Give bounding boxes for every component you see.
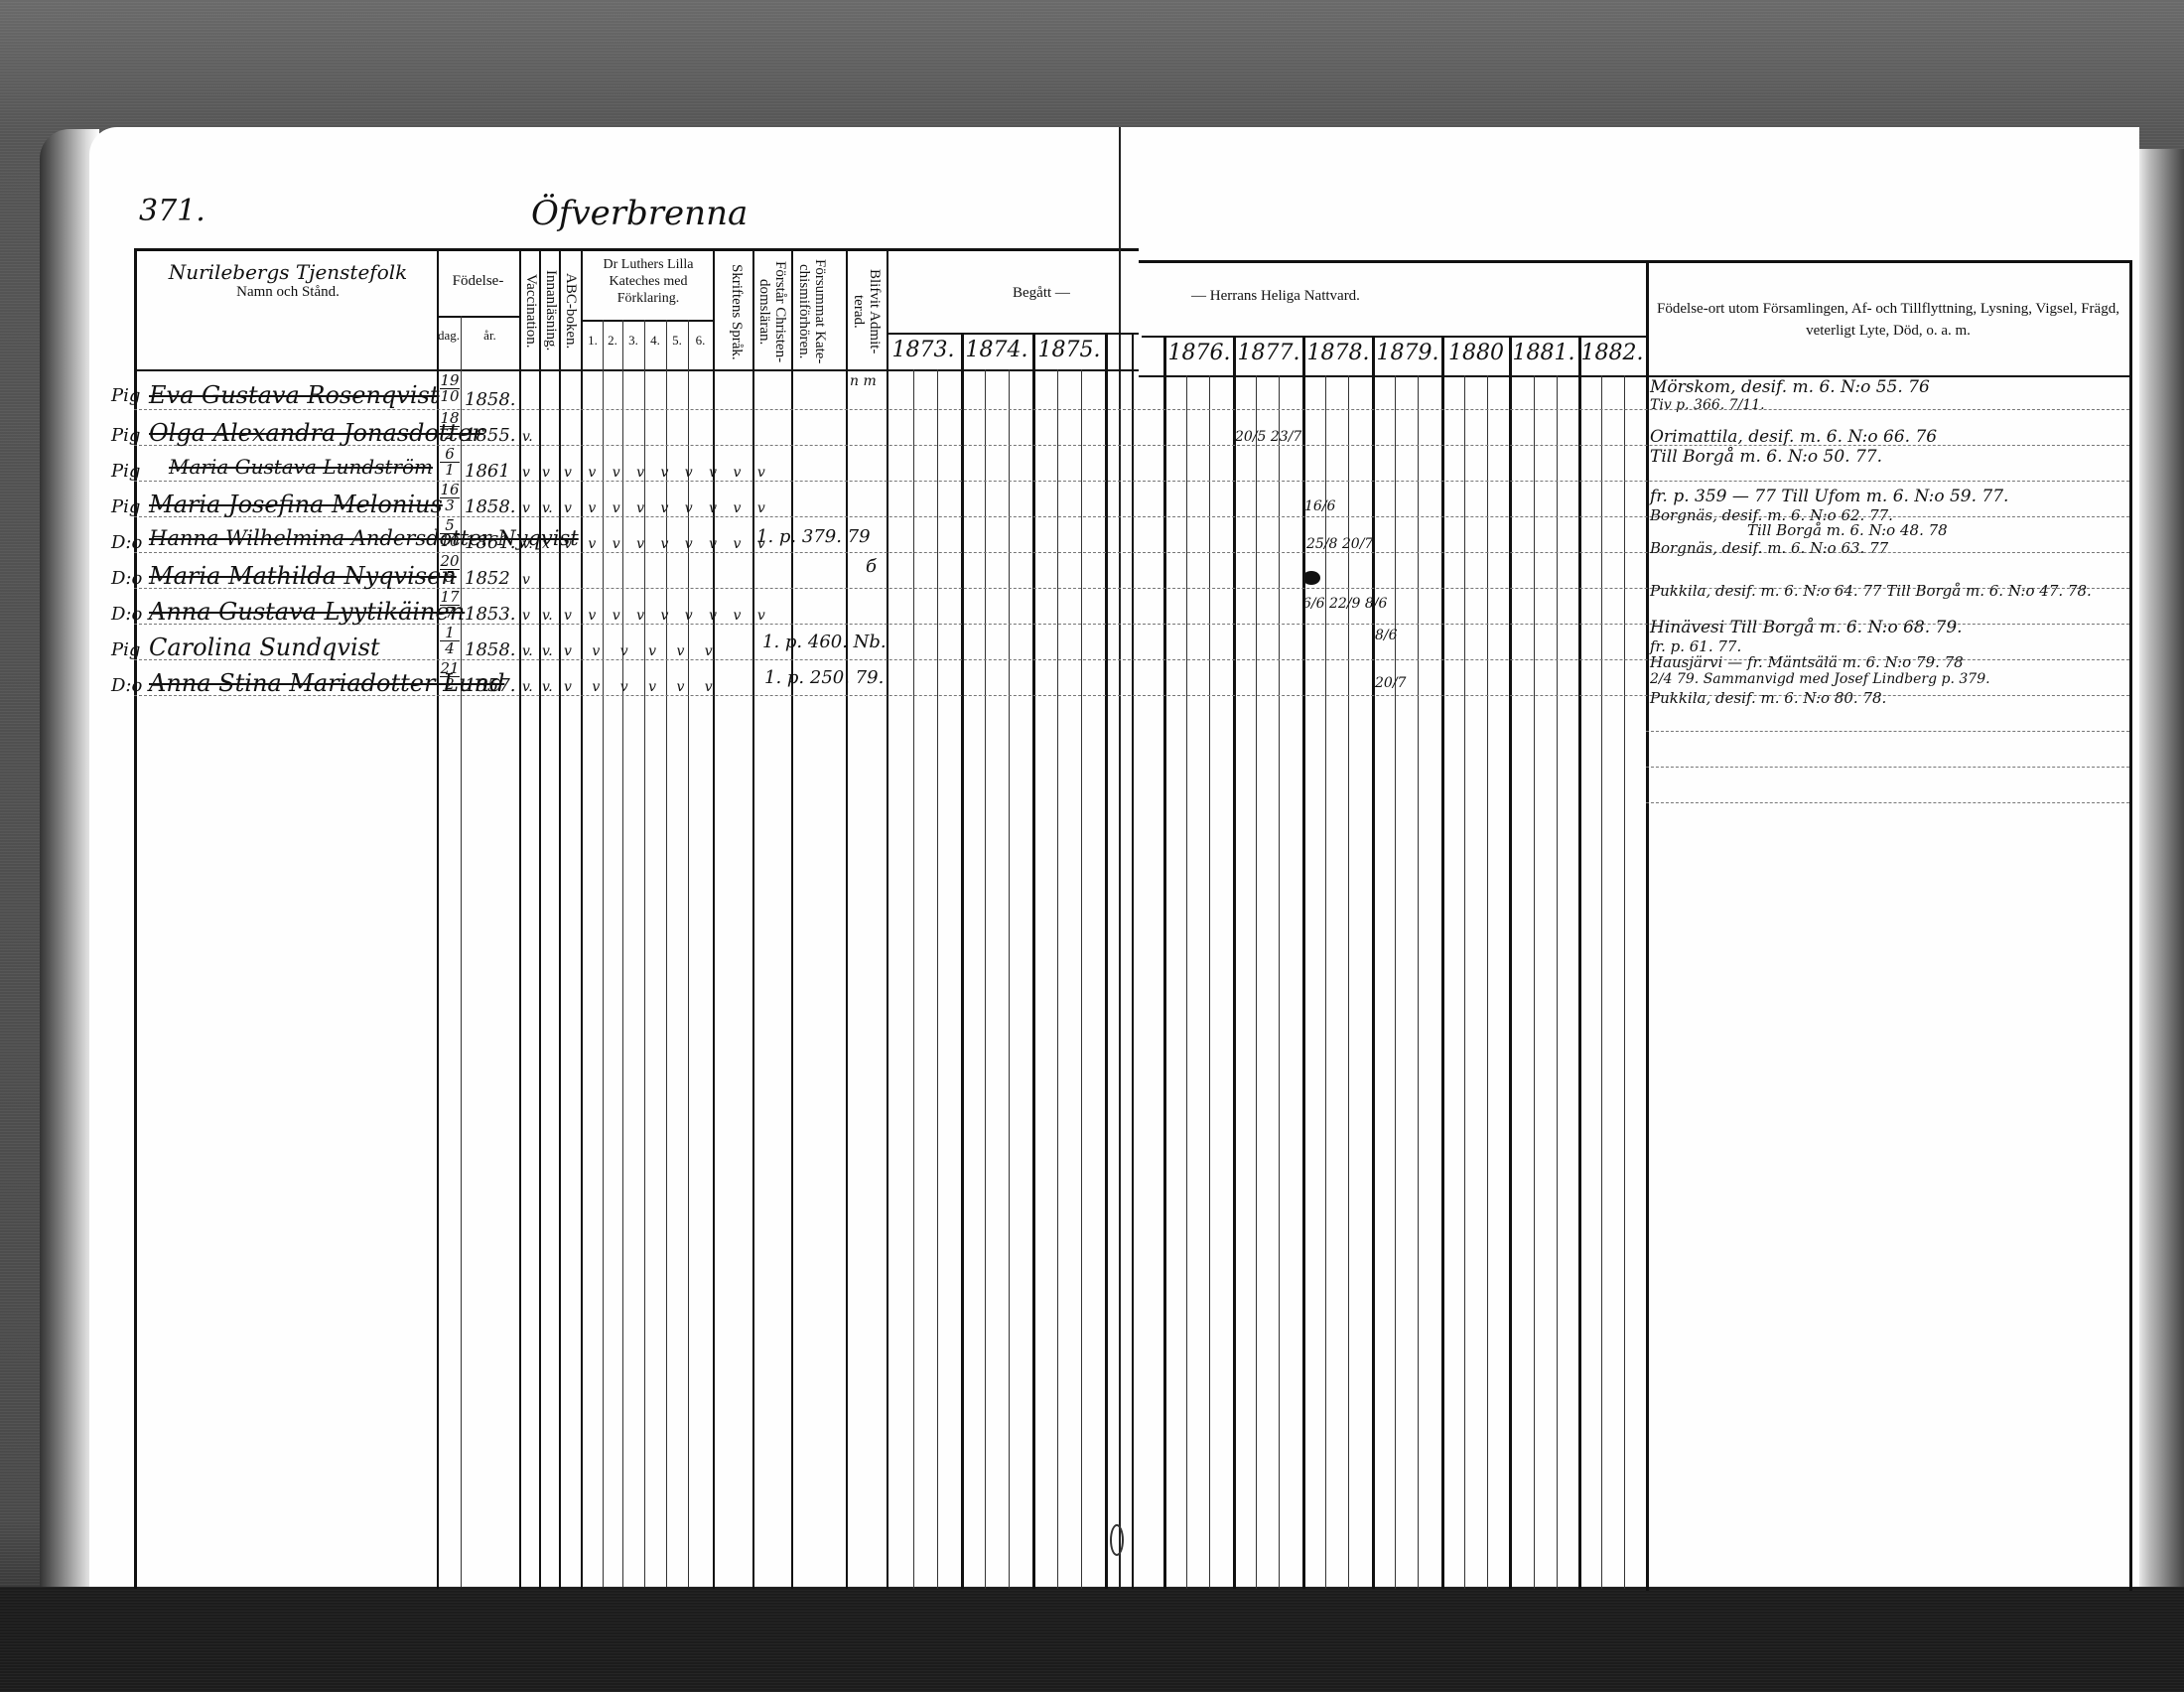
row-rule <box>1646 731 2129 732</box>
table-right-border <box>2129 260 2132 1591</box>
row-9-year: 1857. <box>465 675 516 696</box>
row-5-reading: x <box>542 536 550 552</box>
vaccination-header: Vaccination. <box>521 256 539 365</box>
luther-part-5: 5. <box>666 333 688 349</box>
row-rule <box>1646 802 2129 803</box>
row-4-prefix: Pig <box>111 496 140 517</box>
row-3-year: 1861 <box>465 461 510 482</box>
luther-part-1: 1. <box>583 333 603 349</box>
row-5-abc-note: 1. p. 379. 79 <box>756 526 871 547</box>
scripture-header: Skriftens Språk. <box>717 256 745 367</box>
row-4-month: 3 <box>445 496 455 514</box>
name-column-header: Nurilebergs Tjenstefolk Namn och Stånd. <box>139 260 437 301</box>
parish-heading: Öfverbrenna <box>531 194 748 233</box>
year-1876: 1876. <box>1165 341 1233 365</box>
row-2-remark-1: Orimattila, desif. m. 6. N:o 66. 76 <box>1650 427 1937 447</box>
row-6-prefix: D:o <box>111 568 142 589</box>
col-divider-remarks <box>1646 260 1649 1591</box>
row-8-month: 4 <box>445 639 455 657</box>
row-2-vaccination: v. <box>522 429 533 445</box>
row-1-prefix: Pig <box>111 385 140 406</box>
luther-subdivider <box>581 320 713 322</box>
row-5-month: 10 <box>440 532 459 550</box>
row-5-communion: 25/8 20/7 <box>1306 536 1373 552</box>
subcol-line <box>1601 375 1602 1589</box>
row-6-birth-daymonth: 205 <box>440 554 460 585</box>
subcol-line <box>1348 375 1349 1589</box>
row-8-vaccination: v. <box>522 643 533 659</box>
row-2-prefix: Pig <box>111 425 140 446</box>
row-5-year: 1861. <box>465 532 516 553</box>
row-7-prefix: D:o <box>111 604 142 625</box>
row-6-name: Maria Mathilda Nyqvisen <box>149 562 457 590</box>
col-divider-1873 <box>961 333 964 1589</box>
col-divider-luther <box>713 248 715 1589</box>
row-4-catechism-marks: v v v v v v v v v <box>564 500 771 516</box>
subcol-line <box>1186 375 1187 1589</box>
row-3-month: 1 <box>445 461 455 479</box>
row-2-birth-daymonth: 182 <box>440 411 460 442</box>
row-5-birth-daymonth: 510 <box>440 518 460 549</box>
year-1875: 1875. <box>1034 338 1104 362</box>
col-divider-1876 <box>1233 336 1236 1589</box>
luther-part-3: 3. <box>622 333 644 349</box>
birth-year-header: år. <box>461 328 519 344</box>
row-7-remark-1: Pukkila, desif. m. 6. N:o 64. 77 Till Bo… <box>1650 582 2092 600</box>
col-divider-scripture <box>752 248 754 1589</box>
register-page <box>89 127 2139 1589</box>
row-1-name: Eva Gustava Rosenqvist <box>149 381 439 409</box>
year-1878: 1878. <box>1304 341 1372 365</box>
row-8-communion: 8/6 <box>1375 628 1398 643</box>
row-9-remark-2: 2/4 79. Sammanvigd med Josef Lindberg p.… <box>1650 671 1990 687</box>
row-6-vaccination: v <box>522 572 530 588</box>
row-4-remark-1: fr. p. 359 — 77 Till Ufom m. 6. N:o 59. … <box>1650 487 2008 506</box>
row-6-admitted: б <box>866 556 877 577</box>
col-divider-day <box>461 316 462 1587</box>
row-1-year: 1858. <box>465 389 516 410</box>
row-4-reading: v. <box>542 500 553 516</box>
row-7-name: Anna Gustava Lyytikäinen <box>149 598 465 626</box>
col-divider-1876-left <box>1163 336 1166 1589</box>
row-3-prefix: Pig <box>111 461 140 482</box>
subcol-line <box>1418 375 1419 1589</box>
col-divider-1880 <box>1509 336 1512 1589</box>
row-5-remark-2: Borgnäs, desif. m. 6. N:o 63. 77 <box>1650 539 1888 557</box>
subcol-line <box>1487 375 1488 1589</box>
col-divider-abc <box>581 248 583 1589</box>
birth-day-header: dag. <box>437 328 461 344</box>
row-9-month: 2 <box>445 675 455 693</box>
subcol-line <box>1256 375 1257 1589</box>
abc-header: ABC-boken. <box>561 256 579 365</box>
row-2-year: 1855. <box>465 425 516 446</box>
col-divider-1879 <box>1441 336 1444 1589</box>
row-rule <box>134 409 2129 410</box>
header-bottom-rule-right <box>1139 375 2129 377</box>
page-edge-right <box>2134 149 2184 1589</box>
row-8-reading: v. <box>542 643 553 659</box>
row-7-month: 7 <box>445 604 455 622</box>
year-1873: 1873. <box>888 338 958 362</box>
row-8-year: 1858. <box>465 639 516 660</box>
subcol-line <box>1624 375 1625 1589</box>
subcol-line <box>1534 375 1535 1589</box>
col-divider-vacc <box>539 248 541 1589</box>
year-1877: 1877. <box>1235 341 1302 365</box>
row-6-year: 1852 <box>465 568 510 589</box>
col-divider-1877 <box>1302 336 1305 1589</box>
row-1-admitted: n m <box>850 373 877 389</box>
row-8-birth-daymonth: 14 <box>440 626 460 656</box>
subcol-line <box>1464 375 1465 1589</box>
page-number: 371. <box>139 194 205 228</box>
row-4-name: Maria Josefina Melonius <box>149 491 443 518</box>
year-1880: 1880 <box>1443 341 1509 365</box>
row-9-remark-3: Pukkila, desif. m. 6. N:o 80. 78. <box>1650 689 1886 707</box>
row-2-remark-2: Till Borgå m. 6. N:o 50. 77. <box>1650 447 1882 467</box>
row-7-birth-daymonth: 177 <box>440 590 460 621</box>
row-9-birth-daymonth: 212 <box>440 661 460 692</box>
communion-header-right: — Herrans Heliga Nattvard. <box>1191 288 1449 305</box>
row-8-name: Carolina Sundqvist <box>149 634 380 661</box>
luther-part-6: 6. <box>688 333 713 349</box>
admitted-header: Blifvit Admit-terad. <box>849 256 883 367</box>
row-4-vaccination: v <box>522 500 530 516</box>
reading-header: Innanläsning. <box>541 256 559 365</box>
row-7-vaccination: v <box>522 608 530 624</box>
row-8-remark-1: Hinävesi Till Borgå m. 6. N:o 68. 79. <box>1650 618 1963 637</box>
subcol-line <box>1557 375 1558 1589</box>
row-5-vaccination: v. <box>522 536 533 552</box>
row-2-name: Olga Alexandra Jonasdotter <box>149 419 483 447</box>
birth-header: Födelse- <box>437 273 519 290</box>
row-5-prefix: D:o <box>111 532 142 553</box>
row-8-prefix: Pig <box>111 639 140 660</box>
table-top-border-left <box>134 248 1139 251</box>
col-divider-missed <box>846 248 848 1589</box>
communion-header-left: Begått — <box>1013 285 1142 302</box>
row-4-communion: 16/6 <box>1304 498 1335 514</box>
row-3-name: Maria Gustava Lundström <box>169 455 433 479</box>
missed-header: Försummat Kate-chismiförhören. <box>794 256 828 367</box>
col-divider-gutter-left <box>1132 333 1134 1589</box>
row-9-catechism-marks: v v v v v v <box>564 679 721 695</box>
row-3-catechism-marks: v v v v v v v v v <box>564 465 771 481</box>
row-9-communion: 20/7 <box>1375 675 1406 691</box>
christianity-header: Förstår Christen-domsläran. <box>754 256 788 367</box>
row-5-catechism-marks: v v v v v v v v v <box>564 536 771 552</box>
binding-thread <box>1110 1524 1124 1556</box>
subcol-line <box>1325 375 1326 1589</box>
row-8-abc-note: 1. p. 460. Nb. <box>762 632 887 652</box>
row-9-reading: v. <box>542 679 553 695</box>
table-top-border-right <box>1139 260 2129 263</box>
row-5-remark-1: Till Borgå m. 6. N:o 48. 78 <box>1747 521 1948 539</box>
col-divider-birth <box>519 248 521 1589</box>
luther-header: Dr Luthers Lilla Kateches med Förklaring… <box>584 256 713 307</box>
luther-part-2: 2. <box>603 333 622 349</box>
header-bottom-rule-left <box>134 369 1139 371</box>
col-divider-1874 <box>1032 333 1035 1589</box>
row-8-catechism-marks: v v v v v v <box>564 643 721 659</box>
row-4-birth-daymonth: 163 <box>440 483 460 513</box>
row-rule <box>1646 767 2129 768</box>
col-divider-1881 <box>1578 336 1581 1589</box>
ink-blot <box>1302 571 1320 585</box>
name-header-handwritten: Nurilebergs Tjenstefolk <box>139 260 437 284</box>
row-7-catechism-marks: v v v v v v v v v <box>564 608 771 624</box>
row-1-remark-2: Tiv p. 366. 7/11. <box>1650 397 1765 413</box>
years-subdivider-left <box>887 333 1139 335</box>
row-9-abc-note: 1. p. 250. 79. <box>764 667 884 688</box>
row-9-vaccination: v. <box>522 679 533 695</box>
remarks-header: Födelse-ort utom Församlingen, Af- och T… <box>1650 298 2126 342</box>
row-3-reading: v <box>542 465 550 481</box>
col-divider-christianity <box>791 248 793 1589</box>
subcol-line <box>1279 375 1280 1589</box>
row-rule <box>134 481 2129 482</box>
row-2-month: 2 <box>445 425 455 443</box>
col-divider-name <box>437 248 439 1589</box>
row-6-month: 5 <box>445 568 455 586</box>
year-1874: 1874. <box>963 338 1030 362</box>
col-divider-admitted <box>887 248 888 1589</box>
row-7-reading: v. <box>542 608 553 624</box>
table-left-border <box>134 248 137 1589</box>
subcol-line <box>1395 375 1396 1589</box>
year-1882: 1882. <box>1580 341 1644 365</box>
year-1879: 1879. <box>1374 341 1441 365</box>
row-4-year: 1858. <box>465 496 516 517</box>
row-1-remark-1: Mörskom, desif. m. 6. N:o 55. 76 <box>1650 377 1930 397</box>
col-divider-reading <box>559 248 561 1589</box>
birth-subdivider <box>437 316 519 318</box>
row-7-communion: 6/6 22/9 8/6 <box>1302 596 1387 612</box>
row-9-prefix: D:o <box>111 675 142 696</box>
col-divider-1878 <box>1372 336 1375 1589</box>
subcol-line <box>1209 375 1210 1589</box>
row-3-birth-daymonth: 61 <box>440 447 460 478</box>
row-1-month: 10 <box>440 387 459 405</box>
row-2-communion: 20/5 23/7 <box>1235 429 1301 445</box>
row-3-vaccination: v <box>522 465 530 481</box>
year-1881: 1881. <box>1511 341 1576 365</box>
row-1-birth-daymonth: 1910 <box>440 373 460 404</box>
row-9-remark-1: Hausjärvi — fr. Mäntsälä m. 6. N:o 79. 7… <box>1650 653 1964 671</box>
scan-bottom-shadow <box>0 1587 2184 1692</box>
row-7-year: 1853. <box>465 604 516 625</box>
years-subdivider-right <box>1142 336 1646 338</box>
luther-part-4: 4. <box>644 333 666 349</box>
book-gutter <box>1119 127 1121 1587</box>
name-header-printed: Namn och Stånd. <box>139 284 437 301</box>
col-divider-1875 <box>1105 333 1108 1589</box>
